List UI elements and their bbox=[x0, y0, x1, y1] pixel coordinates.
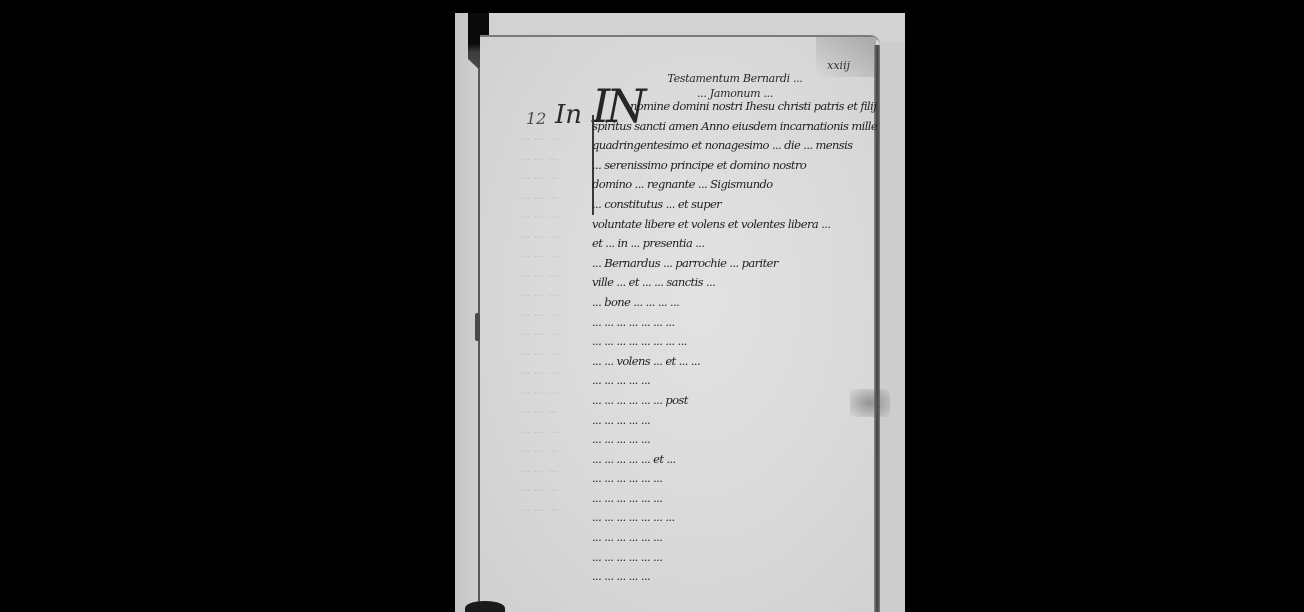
manuscript-body: nomine domini nostri Ihesu christi patri… bbox=[592, 97, 877, 587]
text-line: ... ... ... ... ... ... ... bbox=[592, 313, 877, 333]
text-line: ... ... ... ... ... bbox=[592, 411, 877, 431]
text-line: ... Bernardus ... parrochie ... pariter bbox=[592, 254, 877, 274]
text-line: ... ... ... ... ... bbox=[592, 567, 877, 587]
side-initial: In bbox=[555, 100, 582, 130]
bottom-tab bbox=[465, 601, 505, 612]
text-line: ... ... ... ... ... bbox=[592, 430, 877, 450]
margin-number: 12 bbox=[526, 109, 546, 128]
text-line: ... ... ... ... ... ... bbox=[592, 548, 877, 568]
text-line: ... ... ... ... ... et ... bbox=[592, 450, 877, 470]
text-line: ... ... ... ... ... bbox=[592, 371, 877, 391]
text-line: ... ... ... ... ... ... ... bbox=[592, 508, 877, 528]
text-line: voluntate libere et volens et volentes l… bbox=[592, 215, 877, 235]
text-line: ... ... ... ... ... ... bbox=[592, 489, 877, 509]
manuscript-leaf: ... ... ... ... ... ... ... ... ... ... … bbox=[480, 35, 880, 612]
text-line: quadringentesimo et nonagesimo ... die .… bbox=[592, 136, 877, 156]
text-line: ... serenissimo principe et domino nostr… bbox=[592, 156, 877, 176]
text-line: ... constitutus ... et super bbox=[592, 195, 877, 215]
bleed-through-text: ... ... ... ... ... ... ... ... ... ... … bbox=[520, 127, 600, 517]
heading-line: Testamentum Bernardi ... bbox=[620, 71, 850, 86]
manuscript-scan: ... ... ... ... ... ... ... ... ... ... … bbox=[455, 13, 905, 612]
text-line: ... ... volens ... et ... ... bbox=[592, 352, 877, 372]
text-line: ville ... et ... ... sanctis ... bbox=[592, 273, 877, 293]
text-line: ... ... ... ... ... ... bbox=[592, 528, 877, 548]
text-line: spiritus sancti amen Anno eiusdem incarn… bbox=[592, 117, 877, 137]
text-line: ... ... ... ... ... ... bbox=[592, 469, 877, 489]
underlying-page bbox=[880, 43, 905, 612]
text-line: domino ... regnante ... Sigismundo bbox=[592, 175, 877, 195]
text-line: nomine domini nostri Ihesu christi patri… bbox=[592, 97, 877, 117]
text-line: ... ... ... ... ... ... ... ... bbox=[592, 332, 877, 352]
image-viewer: ... ... ... ... ... ... ... ... ... ... … bbox=[0, 0, 1304, 612]
text-line: et ... in ... presentia ... bbox=[592, 234, 877, 254]
text-line: ... ... ... ... ... ... post bbox=[592, 391, 877, 411]
text-line: ... bone ... ... ... ... bbox=[592, 293, 877, 313]
